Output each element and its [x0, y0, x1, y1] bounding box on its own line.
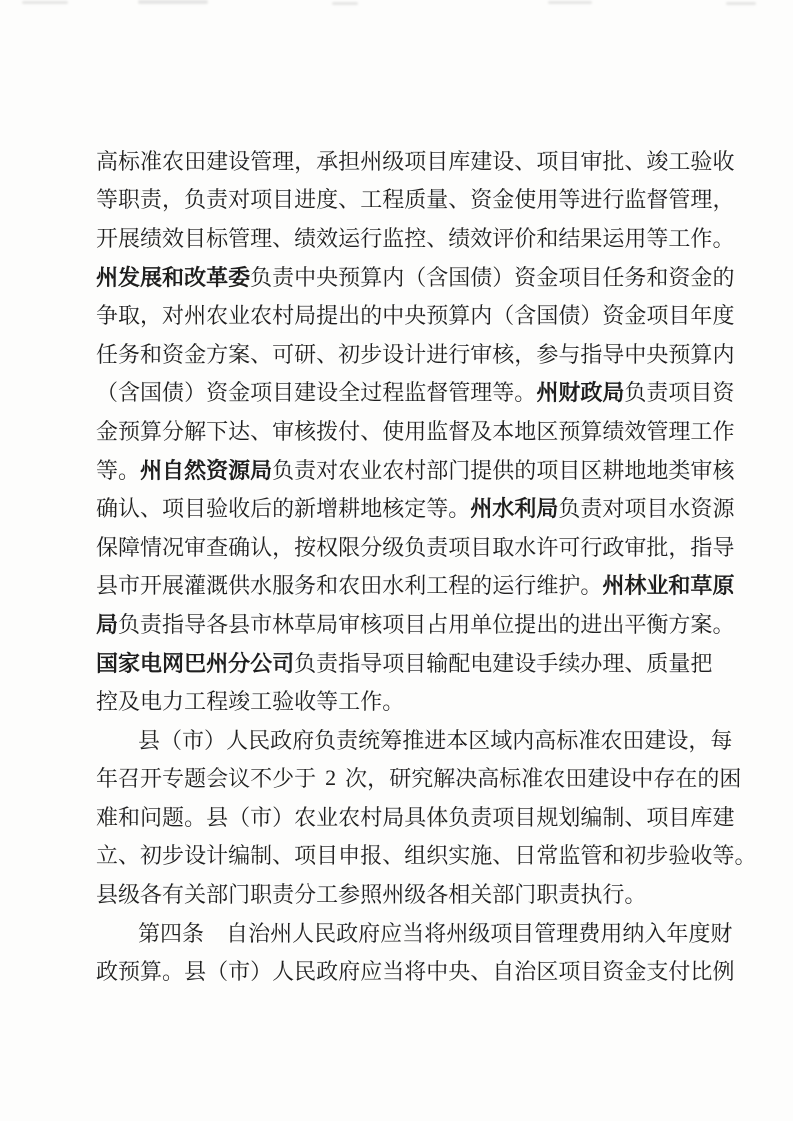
bold-char: 公	[250, 647, 272, 678]
char: 费	[578, 917, 600, 948]
char: 困	[719, 762, 741, 793]
text-line: 确认、项目验收后的新增耕地核定等。州水利局负责对项目水资源	[96, 488, 701, 527]
char: 电	[140, 685, 162, 716]
char: 议	[228, 762, 250, 793]
char: 职	[536, 878, 558, 909]
char: 量	[668, 647, 690, 678]
char: 资	[712, 376, 734, 407]
char: 资	[668, 261, 690, 292]
char: 结	[558, 222, 580, 253]
char: 参	[536, 338, 558, 369]
char: 国	[140, 376, 162, 407]
char: 会	[206, 762, 228, 793]
char: 实	[448, 839, 470, 870]
char: 办	[580, 647, 602, 678]
char: 门	[448, 454, 470, 485]
char: 人	[292, 917, 314, 948]
char: 工	[184, 685, 206, 716]
char: 存	[653, 762, 675, 793]
char: 债	[558, 299, 580, 330]
text-line: 保障情况审查确认，按权限分级负责项目取水许可行政审批，指导	[96, 527, 701, 566]
char: 收	[712, 145, 734, 176]
char: 决	[455, 762, 477, 793]
char	[316, 765, 325, 791]
char: 责	[272, 878, 294, 909]
char: 用	[624, 222, 646, 253]
char: 例	[712, 955, 734, 986]
char: 地	[360, 492, 382, 523]
char: 预	[118, 415, 140, 446]
bold-char: 网	[162, 647, 184, 678]
scan-artifact	[548, 1, 592, 4]
char: 的	[514, 454, 536, 485]
char: 金	[96, 415, 118, 446]
char: 案	[690, 608, 712, 639]
char: 门	[514, 878, 536, 909]
char: ，	[514, 338, 536, 369]
char: 相	[448, 878, 470, 909]
char: 程	[382, 183, 404, 214]
char: 项	[294, 839, 316, 870]
char: 、	[470, 955, 492, 986]
char: 比	[690, 955, 712, 986]
char: 水	[668, 492, 690, 523]
char: 负	[294, 647, 316, 678]
char: 施	[470, 839, 492, 870]
char: 担	[338, 145, 360, 176]
char: 。	[184, 801, 206, 832]
char: 制	[602, 801, 624, 832]
char: 村	[404, 454, 426, 485]
char: （	[160, 724, 182, 755]
char: 准	[521, 762, 543, 793]
char: ）	[184, 376, 206, 407]
char: 务	[624, 261, 646, 292]
char: 负	[448, 801, 470, 832]
char: 目	[404, 647, 426, 678]
char: 开	[140, 762, 162, 793]
char: 区	[536, 955, 558, 986]
char: 确	[96, 492, 118, 523]
char: 资	[514, 261, 536, 292]
char: 条	[182, 917, 204, 948]
char: 草	[294, 608, 316, 639]
char: 金	[690, 261, 712, 292]
char: 入	[644, 917, 666, 948]
bold-char: 州	[470, 492, 492, 523]
char: ，	[668, 531, 690, 562]
char: 设	[492, 145, 514, 176]
char: 验	[690, 145, 712, 176]
char: 的	[470, 569, 492, 600]
char: 田	[184, 145, 206, 176]
char: 工	[316, 878, 338, 909]
char: 指	[580, 338, 602, 369]
bold-char: 家	[118, 647, 140, 678]
char: 建	[644, 724, 666, 755]
char: ，	[367, 762, 389, 793]
char: 对	[316, 454, 338, 485]
char: 部	[426, 454, 448, 485]
char: 自	[492, 955, 514, 986]
char: 级	[468, 917, 490, 948]
char: 的	[360, 299, 382, 330]
char: 续	[558, 647, 580, 678]
char: 付	[668, 955, 690, 986]
char: 推	[402, 724, 424, 755]
char: 初	[338, 338, 360, 369]
char: 况	[162, 531, 184, 562]
char: 、	[272, 839, 294, 870]
char: 展	[162, 569, 184, 600]
char: 府	[358, 917, 380, 948]
char: 监	[382, 222, 404, 253]
bold-char: 展	[140, 261, 162, 292]
char: 2	[325, 765, 336, 791]
char: 金	[536, 261, 558, 292]
char: 监	[426, 415, 448, 446]
char: 将	[424, 917, 446, 948]
char: 照	[360, 878, 382, 909]
char: 关	[184, 878, 206, 909]
char: 规	[536, 801, 558, 832]
char: 算	[140, 415, 162, 446]
char: 人	[226, 724, 248, 755]
bold-char: 委	[228, 261, 250, 292]
char: 准	[140, 145, 162, 176]
char: 核	[360, 608, 382, 639]
char: 等	[712, 839, 734, 870]
char: 第	[138, 917, 160, 948]
char: 业	[228, 299, 250, 330]
char: 理	[602, 647, 624, 678]
char: 目	[558, 454, 580, 485]
char: 区	[580, 454, 602, 485]
char: 责	[558, 878, 580, 909]
char: 取	[492, 531, 514, 562]
char: 审	[580, 145, 602, 176]
char: 设	[184, 839, 206, 870]
char: 控	[96, 685, 118, 716]
char: 预	[426, 299, 448, 330]
char: 债	[470, 261, 492, 292]
char: 位	[492, 608, 514, 639]
char: 标	[499, 762, 521, 793]
text-line: 等。州自然资源局负责对农业农村部门提供的项目区耕地地类审核	[96, 450, 701, 489]
char: 初	[140, 839, 162, 870]
char: 高	[534, 724, 556, 755]
char: 解	[184, 415, 206, 446]
char: 指	[690, 531, 712, 562]
char: 、	[272, 222, 294, 253]
char: 目	[558, 145, 580, 176]
char: 治	[514, 955, 536, 986]
char: 供	[228, 569, 250, 600]
char: 田	[360, 569, 382, 600]
char: 级	[118, 878, 140, 909]
char: 项	[382, 608, 404, 639]
char: 设	[382, 338, 404, 369]
char: 政	[96, 955, 118, 986]
char: 责	[426, 531, 448, 562]
char: 力	[162, 685, 184, 716]
char: 情	[140, 531, 162, 562]
char: 本	[492, 415, 514, 446]
char: 。	[382, 685, 404, 716]
char: 指	[162, 608, 184, 639]
char: 管	[534, 917, 556, 948]
char: 的	[697, 762, 719, 793]
char: 算	[448, 299, 470, 330]
char: 等	[426, 492, 448, 523]
char: 金	[624, 955, 646, 986]
char: 年	[690, 299, 712, 330]
char: 设	[316, 376, 338, 407]
char: 、	[338, 183, 360, 214]
text-line: 局负责指导各县市林草局审核项目占用单位提出的进出平衡方案。	[96, 604, 701, 643]
char: 项	[162, 492, 184, 523]
char: 审	[470, 338, 492, 369]
char: 维	[536, 569, 558, 600]
char: （	[404, 261, 426, 292]
char: 县	[184, 955, 206, 986]
char: 目	[426, 145, 448, 176]
char: 许	[536, 531, 558, 562]
char: 治	[248, 917, 270, 948]
char: 指	[338, 647, 360, 678]
char: 县	[96, 878, 118, 909]
char: 国	[536, 299, 558, 330]
char: 绩	[294, 222, 316, 253]
char: 。	[514, 376, 536, 407]
char: ）	[272, 801, 294, 832]
char: 量	[426, 183, 448, 214]
char: 申	[338, 839, 360, 870]
char: 审	[272, 415, 294, 446]
bold-char: 自	[162, 454, 184, 485]
char: 统	[358, 724, 380, 755]
char: 、	[492, 839, 514, 870]
char: 项	[492, 801, 514, 832]
char: 责	[140, 183, 162, 214]
char: 含	[514, 299, 536, 330]
char: 目	[514, 801, 536, 832]
char: 召	[118, 762, 140, 793]
char: 用	[404, 415, 426, 446]
char: 的	[558, 608, 580, 639]
bold-char: 发	[118, 261, 140, 292]
char: 、	[448, 183, 470, 214]
char: 市	[250, 801, 272, 832]
char: 项	[250, 183, 272, 214]
char: 年	[96, 762, 118, 793]
char: 运	[602, 222, 624, 253]
char: 导	[184, 608, 206, 639]
char: 职	[250, 878, 272, 909]
char: 少	[272, 762, 294, 793]
char: （	[228, 801, 250, 832]
char: 等	[96, 183, 118, 214]
bold-char: 巴	[184, 647, 206, 678]
char: 耕	[338, 492, 360, 523]
char: 用	[600, 917, 622, 948]
char: （	[206, 955, 228, 986]
char: 核	[492, 338, 514, 369]
page-content: 高标准农田建设管理，承担州级项目库建设、项目审批、竣工验收等职责，负责对项目进度…	[96, 141, 701, 990]
char: 体	[426, 801, 448, 832]
char: 过	[360, 376, 382, 407]
char: 利	[404, 569, 426, 600]
bold-char: 革	[206, 261, 228, 292]
char: 农	[250, 299, 272, 330]
text-line: 政预算。县（市）人民政府应当将中央、自治区项目资金支付比例	[96, 951, 701, 990]
char: 库	[448, 145, 470, 176]
char: 目	[184, 222, 206, 253]
char: 资	[206, 376, 228, 407]
char: 计	[206, 839, 228, 870]
char: 进	[424, 724, 446, 755]
char: 、	[250, 415, 272, 446]
char: 行	[602, 183, 624, 214]
char: 水	[382, 569, 404, 600]
char: 责	[294, 454, 316, 485]
text-line: 争取，对州农业农村局提出的中央预算内（含国债）资金项目年度	[96, 295, 701, 334]
char: 理	[668, 415, 690, 446]
bold-char: 林	[624, 569, 646, 600]
char: 提	[470, 454, 492, 485]
char: 质	[646, 647, 668, 678]
char: 的	[272, 492, 294, 523]
char: 项	[558, 261, 580, 292]
char: 各	[206, 608, 228, 639]
bold-char: 司	[272, 647, 294, 678]
char: 工	[426, 569, 448, 600]
char: 理	[272, 145, 294, 176]
char: 项	[536, 145, 558, 176]
char: 项	[536, 454, 558, 485]
char: 目	[580, 261, 602, 292]
char: 和	[316, 569, 338, 600]
char: 门	[228, 878, 250, 909]
char: 县	[228, 608, 250, 639]
char: 州	[382, 878, 404, 909]
char: 效	[470, 222, 492, 253]
char: 县	[206, 801, 228, 832]
char: 承	[316, 145, 338, 176]
char: 后	[250, 492, 272, 523]
char: 护	[558, 569, 580, 600]
bold-char: 草	[690, 569, 712, 600]
char: 导	[602, 338, 624, 369]
char: 每	[710, 724, 732, 755]
char: ，	[688, 724, 710, 755]
char: 业	[316, 801, 338, 832]
char: 工	[668, 222, 690, 253]
char: 制	[250, 839, 272, 870]
char: 目	[690, 376, 712, 407]
char: 运	[338, 222, 360, 253]
char: 计	[404, 338, 426, 369]
char: 的	[712, 261, 734, 292]
char: 将	[404, 955, 426, 986]
char: 建	[206, 145, 228, 176]
scan-artifact	[726, 2, 756, 5]
char: 中	[294, 261, 316, 292]
char: 拨	[316, 415, 338, 446]
char: 自	[226, 917, 248, 948]
char: 审	[690, 454, 712, 485]
char: 方	[668, 608, 690, 639]
text-line: 难和问题。县（市）农业农村局具体负责项目规划编制、项目库建	[96, 797, 701, 836]
char: 审	[624, 531, 646, 562]
char: 标	[118, 145, 140, 176]
char: 应	[380, 917, 402, 948]
char: 常	[536, 839, 558, 870]
char: 、	[382, 839, 404, 870]
char: 和	[140, 338, 162, 369]
char: 等	[558, 183, 580, 214]
char: 任	[96, 338, 118, 369]
char: 及	[118, 685, 140, 716]
char: 当	[402, 917, 424, 948]
char: 、	[514, 145, 536, 176]
char: 管	[668, 183, 690, 214]
char: 作	[690, 222, 712, 253]
char: 标	[206, 222, 228, 253]
char: 督	[646, 183, 668, 214]
char: 等	[316, 685, 338, 716]
char: 应	[360, 955, 382, 986]
char: 绩	[448, 222, 470, 253]
char: 进	[580, 183, 602, 214]
char: 度	[712, 299, 734, 330]
char: ，	[712, 183, 734, 214]
char: 算	[690, 338, 712, 369]
char: 使	[382, 415, 404, 446]
char: 域	[490, 724, 512, 755]
char: 行	[514, 569, 536, 600]
char: 目	[668, 801, 690, 832]
char: 开	[140, 569, 162, 600]
char: 用	[448, 608, 470, 639]
char: 具	[404, 801, 426, 832]
char: 管	[250, 145, 272, 176]
char: 级	[382, 531, 404, 562]
char: 溉	[206, 569, 228, 600]
char: 负	[624, 376, 646, 407]
bold-char: 利	[514, 492, 536, 523]
char: 管	[448, 376, 470, 407]
char: 难	[96, 801, 118, 832]
char: 取	[118, 299, 140, 330]
char: 建	[587, 762, 609, 793]
char: 认	[118, 492, 140, 523]
bold-char: 水	[492, 492, 514, 523]
char: 步	[360, 338, 382, 369]
char: 内	[382, 261, 404, 292]
char: 收	[228, 492, 250, 523]
char: 高	[477, 762, 499, 793]
bold-char: 州	[206, 647, 228, 678]
char: 衡	[646, 608, 668, 639]
char: 区	[536, 415, 558, 446]
char: 地	[514, 415, 536, 446]
char: 含	[118, 376, 140, 407]
bold-char: 局	[536, 492, 558, 523]
char: 市	[182, 724, 204, 755]
char: 中	[631, 762, 653, 793]
char: 定	[404, 492, 426, 523]
